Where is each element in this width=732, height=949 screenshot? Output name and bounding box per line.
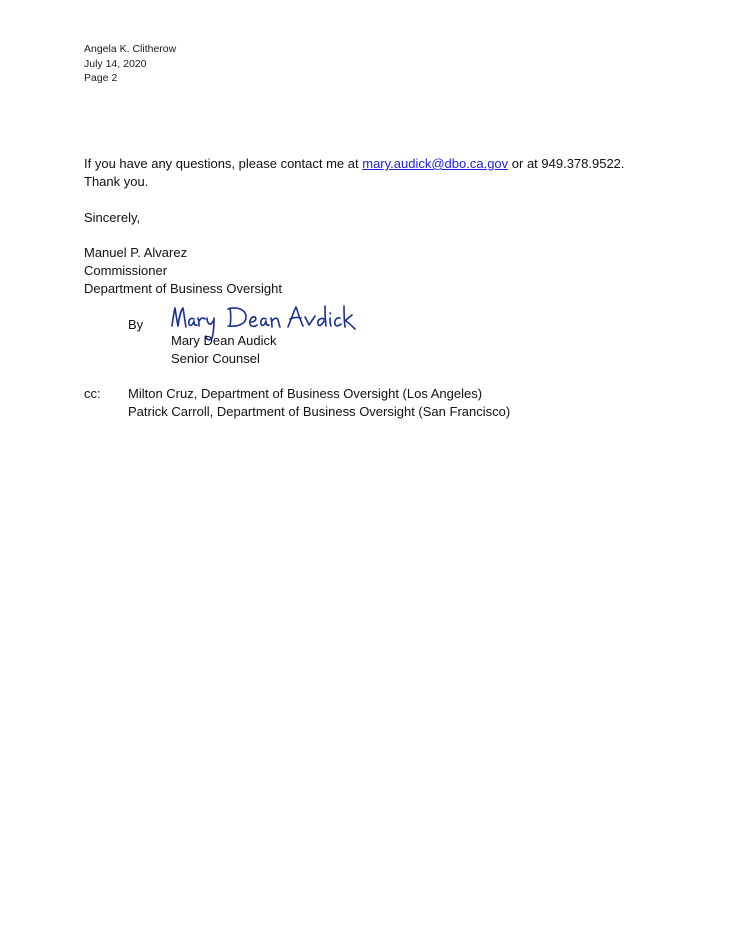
thank-you-line: Thank you. xyxy=(84,173,625,191)
contact-text-suffix: or at 949.378.9522. xyxy=(508,156,624,171)
closing: Sincerely, xyxy=(84,209,140,227)
contact-line: If you have any questions, please contac… xyxy=(84,155,625,173)
contact-paragraph: If you have any questions, please contac… xyxy=(84,155,625,191)
by-label: By xyxy=(128,316,143,334)
contact-text-prefix: If you have any questions, please contac… xyxy=(84,156,362,171)
letter-page: Angela K. Clitherow July 14, 2020 Page 2… xyxy=(0,0,732,949)
header-page-number: Page 2 xyxy=(84,71,176,86)
signer-title: Senior Counsel xyxy=(171,350,277,368)
signer-name: Mary Dean Audick xyxy=(171,332,277,350)
cc-recipient: Patrick Carroll, Department of Business … xyxy=(128,403,510,421)
cc-recipient: Milton Cruz, Department of Business Over… xyxy=(128,385,510,403)
page-header: Angela K. Clitherow July 14, 2020 Page 2 xyxy=(84,42,176,86)
signer-block: Mary Dean Audick Senior Counsel xyxy=(171,332,277,368)
sender-name: Manuel P. Alvarez xyxy=(84,244,282,262)
cc-label: cc: xyxy=(84,385,101,403)
sender-block: Manuel P. Alvarez Commissioner Departmen… xyxy=(84,244,282,298)
header-recipient: Angela K. Clitherow xyxy=(84,42,176,57)
sender-title: Commissioner xyxy=(84,262,282,280)
email-link[interactable]: mary.audick@dbo.ca.gov xyxy=(362,156,508,171)
sender-department: Department of Business Oversight xyxy=(84,280,282,298)
cc-list: Milton Cruz, Department of Business Over… xyxy=(128,385,510,421)
header-date: July 14, 2020 xyxy=(84,57,176,72)
